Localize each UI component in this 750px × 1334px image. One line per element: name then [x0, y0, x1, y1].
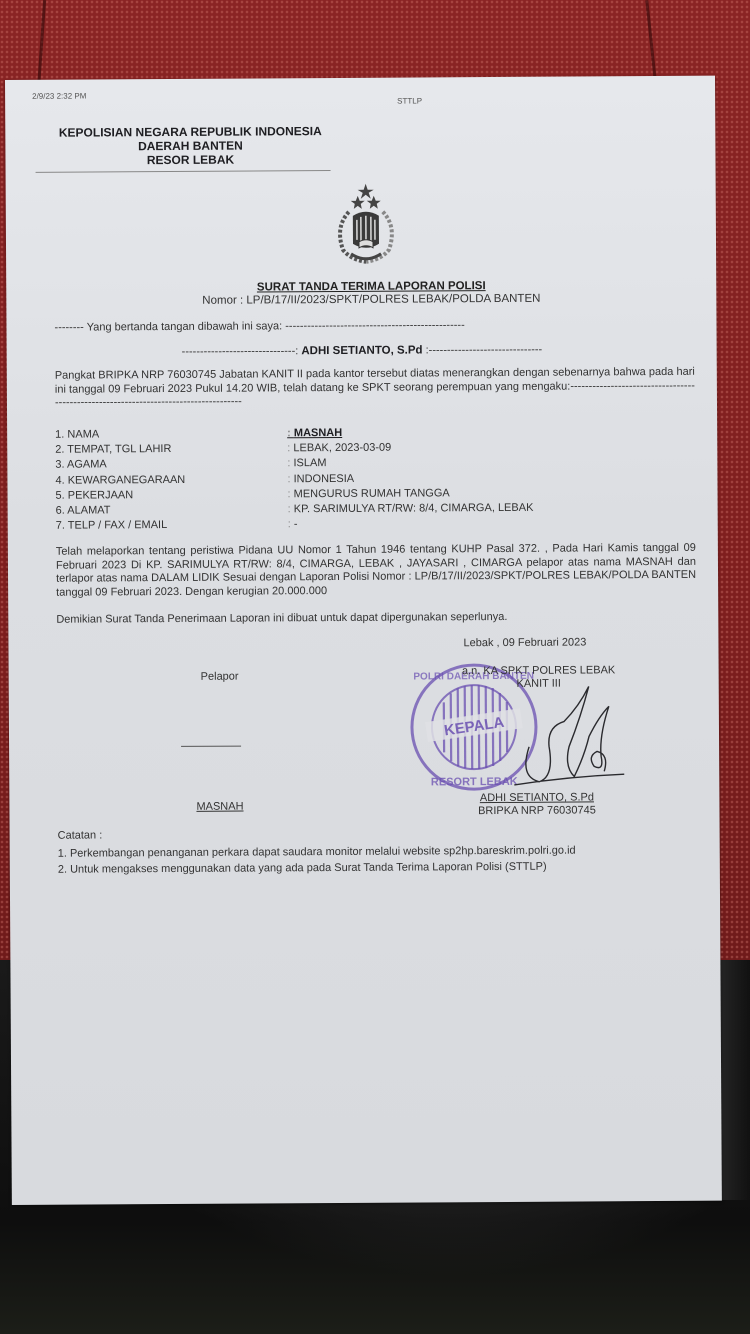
reporter-details: 1. NAMA MASNAH 2. TEMPAT, TGL LAHIR LEBA…	[55, 425, 533, 534]
field-label: 4. KEWARGANEGARAAN	[55, 472, 287, 489]
field-value: KP. SARIMULYA RT/RW: 8/4, CIMARGA, LEBAK	[288, 501, 534, 518]
closing-paragraph: Demikian Surat Tanda Penerimaan Laporan …	[56, 610, 696, 627]
agency-line-3: RESOR LEBAK	[45, 152, 335, 168]
field-label: 3. AGAMA	[55, 457, 287, 474]
signed-officer-rank: BRIPKA NRP 76030745	[444, 804, 629, 818]
signed-officer: ADHI SETIANTO, S.Pd BRIPKA NRP 76030745	[444, 791, 629, 818]
officer-line: -------------------------------: ADHI SE…	[182, 344, 543, 358]
field-label: 2. TEMPAT, TGL LAHIR	[55, 441, 287, 458]
form-code: STTLP	[397, 96, 422, 105]
stamp-center-text: KEPALA	[443, 714, 506, 740]
officer-line-prefix: -------------------------------:	[182, 345, 302, 358]
field-label: 7. TELP / FAX / EMAIL	[56, 518, 288, 535]
officer-name: ADHI SETIANTO, S.Pd	[301, 344, 422, 357]
signed-officer-name: ADHI SETIANTO, S.Pd	[444, 791, 629, 805]
intro-line: -------- Yang bertanda tangan dibawah in…	[54, 319, 464, 334]
reporter-signature-line	[181, 746, 241, 747]
field-value: -	[288, 517, 298, 532]
notes-title: Catatan :	[58, 829, 103, 841]
field-label: 6. ALAMAT	[56, 502, 288, 519]
reporter-label: Pelapor	[201, 671, 239, 683]
field-value: MENGURUS RUMAH TANGGA	[287, 486, 449, 502]
agency-line-1: KEPOLISIAN NEGARA REPUBLIK INDONESIA	[45, 124, 335, 140]
police-emblem-icon	[321, 182, 412, 273]
field-value: ISLAM	[287, 456, 326, 471]
police-report-document: 2/9/23 2:32 PM STTLP KEPOLISIAN NEGARA R…	[5, 76, 722, 1205]
stamp-bottom-text: RESORT LEBAK	[431, 776, 518, 789]
field-value: LEBAK, 2023-03-09	[287, 441, 391, 457]
signature-icon	[509, 676, 630, 787]
field-row-address: 6. ALAMAT KP. SARIMULYA RT/RW: 8/4, CIMA…	[56, 501, 534, 519]
sign-date: Lebak , 09 Februari 2023	[463, 636, 586, 649]
officer-statement-paragraph: Pangkat BRIPKA NRP 76030745 Jabatan KANI…	[55, 366, 695, 410]
note-item: 2. Untuk mengakses menggunakan data yang…	[58, 859, 576, 878]
field-label: 1. NAMA	[55, 426, 287, 443]
field-row-contact: 7. TELP / FAX / EMAIL -	[56, 516, 534, 534]
notes-list: 1. Perkembangan penanganan perkara dapat…	[58, 843, 576, 878]
agency-header: KEPOLISIAN NEGARA REPUBLIK INDONESIA DAE…	[45, 124, 335, 168]
field-label: 5. PEKERJAAN	[55, 487, 287, 504]
header-divider	[36, 170, 331, 173]
print-timestamp: 2/9/23 2:32 PM	[32, 92, 86, 101]
field-value: MASNAH	[287, 426, 342, 442]
incident-paragraph: Telah melaporkan tentang peristiwa Pidan…	[56, 542, 696, 600]
reporter-name: MASNAH	[196, 801, 243, 813]
field-value: INDONESIA	[287, 471, 354, 487]
officer-line-suffix: :-------------------------------	[422, 344, 542, 357]
